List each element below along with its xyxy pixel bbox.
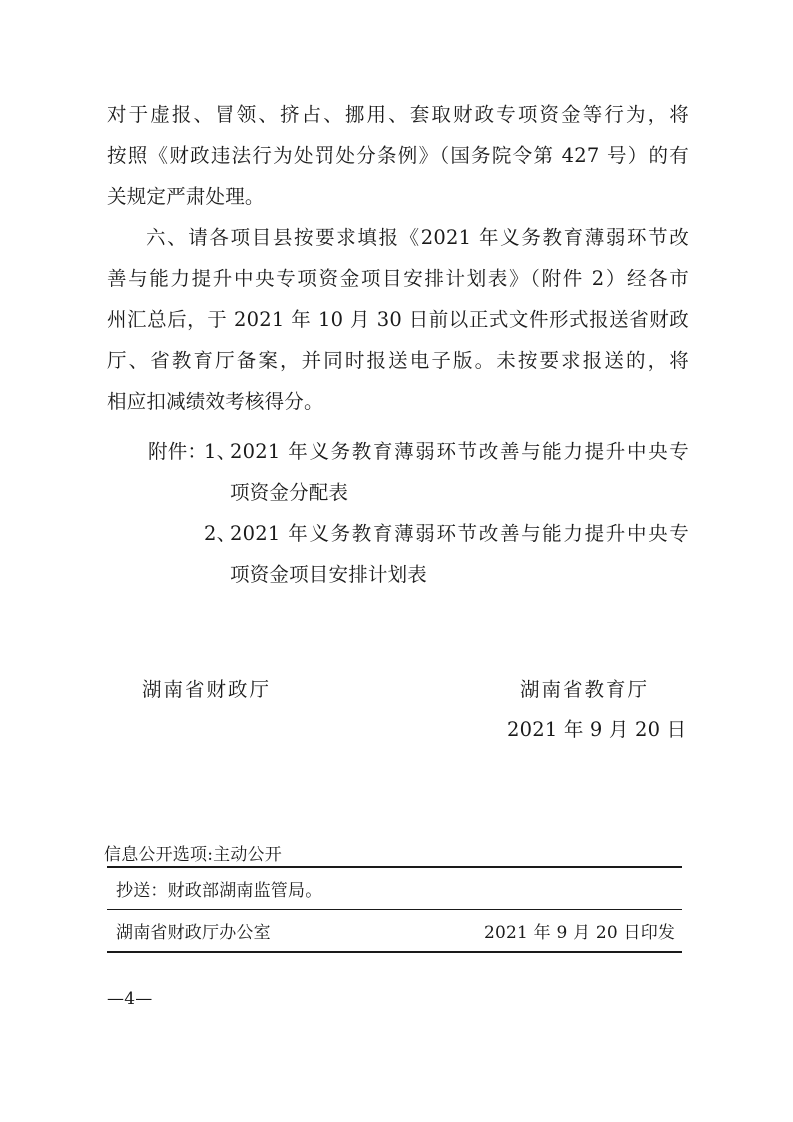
divider-thick-top	[107, 866, 682, 868]
paragraph-line: 州汇总后，于 2021 年 10 月 30 日前以正式文件形式报送省财政	[107, 306, 689, 334]
paragraph-line: 善与能力提升中央专项资金项目安排计划表》（附件 2）经各市	[107, 265, 689, 293]
paragraph-line: 对于虚报、冒领、挤占、挪用、套取财政专项资金等行为，将	[107, 101, 689, 129]
divider-thick-bottom	[107, 951, 682, 953]
paragraph-line: 厅、省教育厅备案，并同时报送电子版。未按要求报送的，将	[107, 347, 689, 375]
disclosure-option: 信息公开选项:主动公开	[104, 841, 282, 869]
page-number: —4—	[107, 985, 152, 1013]
attachment-title: 2021 年义务教育薄弱环节改善与能力提升中央专	[230, 438, 689, 466]
signature-education-dept: 湖南省教育厅	[520, 676, 649, 704]
attachment-title: 2021 年义务教育薄弱环节改善与能力提升中央专	[230, 520, 689, 548]
signature-finance-dept: 湖南省财政厅	[142, 676, 271, 704]
signature-date: 2021 年 9 月 20 日	[507, 716, 686, 744]
attachments-label: 附件：	[148, 438, 207, 466]
attachment-title-cont: 项资金项目安排计划表	[230, 561, 427, 589]
paragraph-line: 六、请各项目县按要求填报《2021 年义务教育薄弱环节改	[146, 224, 689, 252]
paragraph-line: 按照《财政违法行为处罚处分条例》（国务院令第 427 号）的有	[107, 142, 689, 170]
cc-recipients: 抄送：财政部湖南监管局。	[116, 877, 322, 905]
issue-date: 2021 年 9 月 20 日印发	[484, 919, 675, 947]
divider-thin	[107, 909, 682, 910]
attachment-title-cont: 项资金分配表	[230, 479, 348, 507]
issuer-office: 湖南省财政厅办公室	[116, 919, 271, 947]
paragraph-line: 关规定严肃处理。	[107, 183, 265, 211]
paragraph-line: 相应扣减绩效考核得分。	[107, 388, 324, 416]
